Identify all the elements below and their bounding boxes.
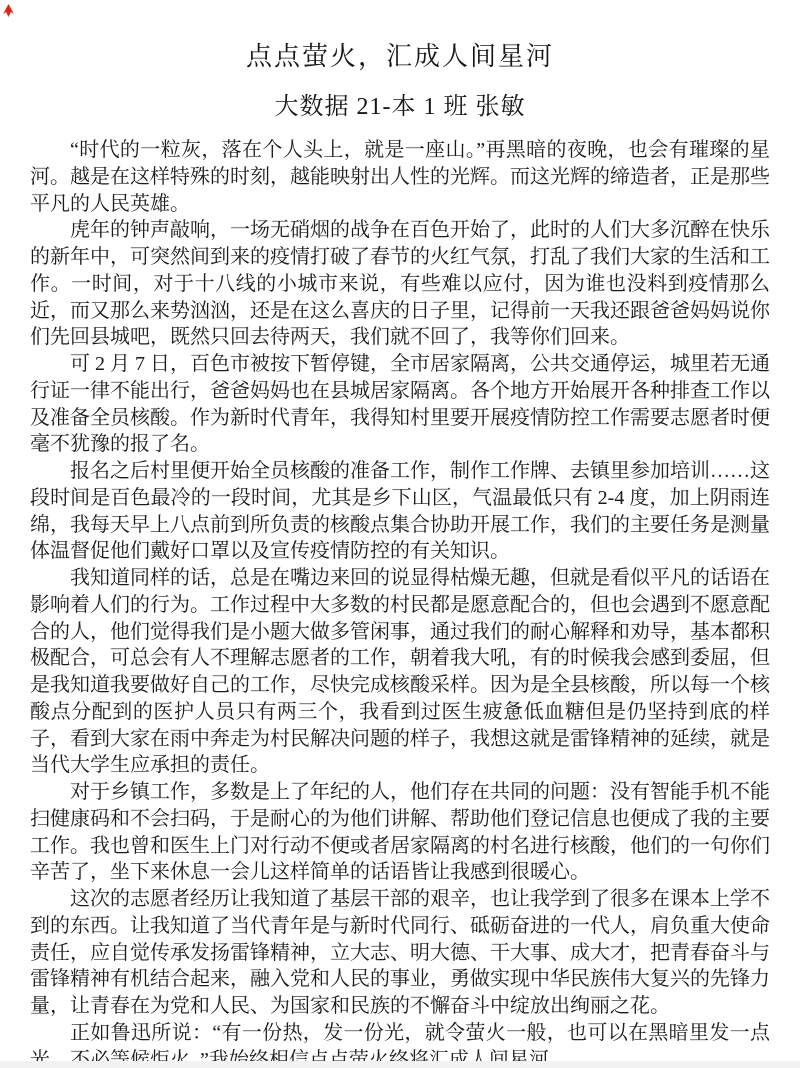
essay-paragraph: 对于乡镇工作，多数是上了年纪的人，他们存在共同的问题：没有智能手机不能扫健康码和… xyxy=(30,779,770,886)
essay-paragraph: 我知道同样的话，总是在嘴边来回的说显得枯燥无趣，但就是看似平凡的话语在影响着人们… xyxy=(30,565,770,779)
essay-paragraph: 报名之后村里便开始全员核酸的准备工作，制作工作牌、去镇里参加培训……这段时间是百… xyxy=(30,458,770,565)
essay-title: 点点萤火，汇成人间星河 xyxy=(0,0,800,72)
essay-paragraph: 虎年的钟声敲响，一场无硝烟的战争在百色开始了，此时的人们大多沉醉在快乐的新年中，… xyxy=(30,217,770,351)
essay-paragraph: “时代的一粒灰，落在个人头上，就是一座山。”再黑暗的夜晚，也会有璀璨的星河。越是… xyxy=(30,137,770,217)
document-page: 点点萤火，汇成人间星河 大数据 21-本 1 班 张敏 “时代的一粒灰，落在个人… xyxy=(0,0,800,1068)
essay-paragraph: 这次的志愿者经历让我知道了基层干部的艰辛，也让我学到了很多在课本上学不到的东西。… xyxy=(30,886,770,1020)
essay-paragraph: 可 2 月 7 日，百色市被按下暂停键，全市居家隔离，公共交通停运，城里若无通行… xyxy=(30,351,770,458)
essay-body: “时代的一粒灰，落在个人头上，就是一座山。”再黑暗的夜晚，也会有璀璨的星河。越是… xyxy=(0,137,800,1068)
essay-byline: 大数据 21-本 1 班 张敏 xyxy=(0,93,800,121)
page-bottom-bar xyxy=(0,1061,800,1068)
